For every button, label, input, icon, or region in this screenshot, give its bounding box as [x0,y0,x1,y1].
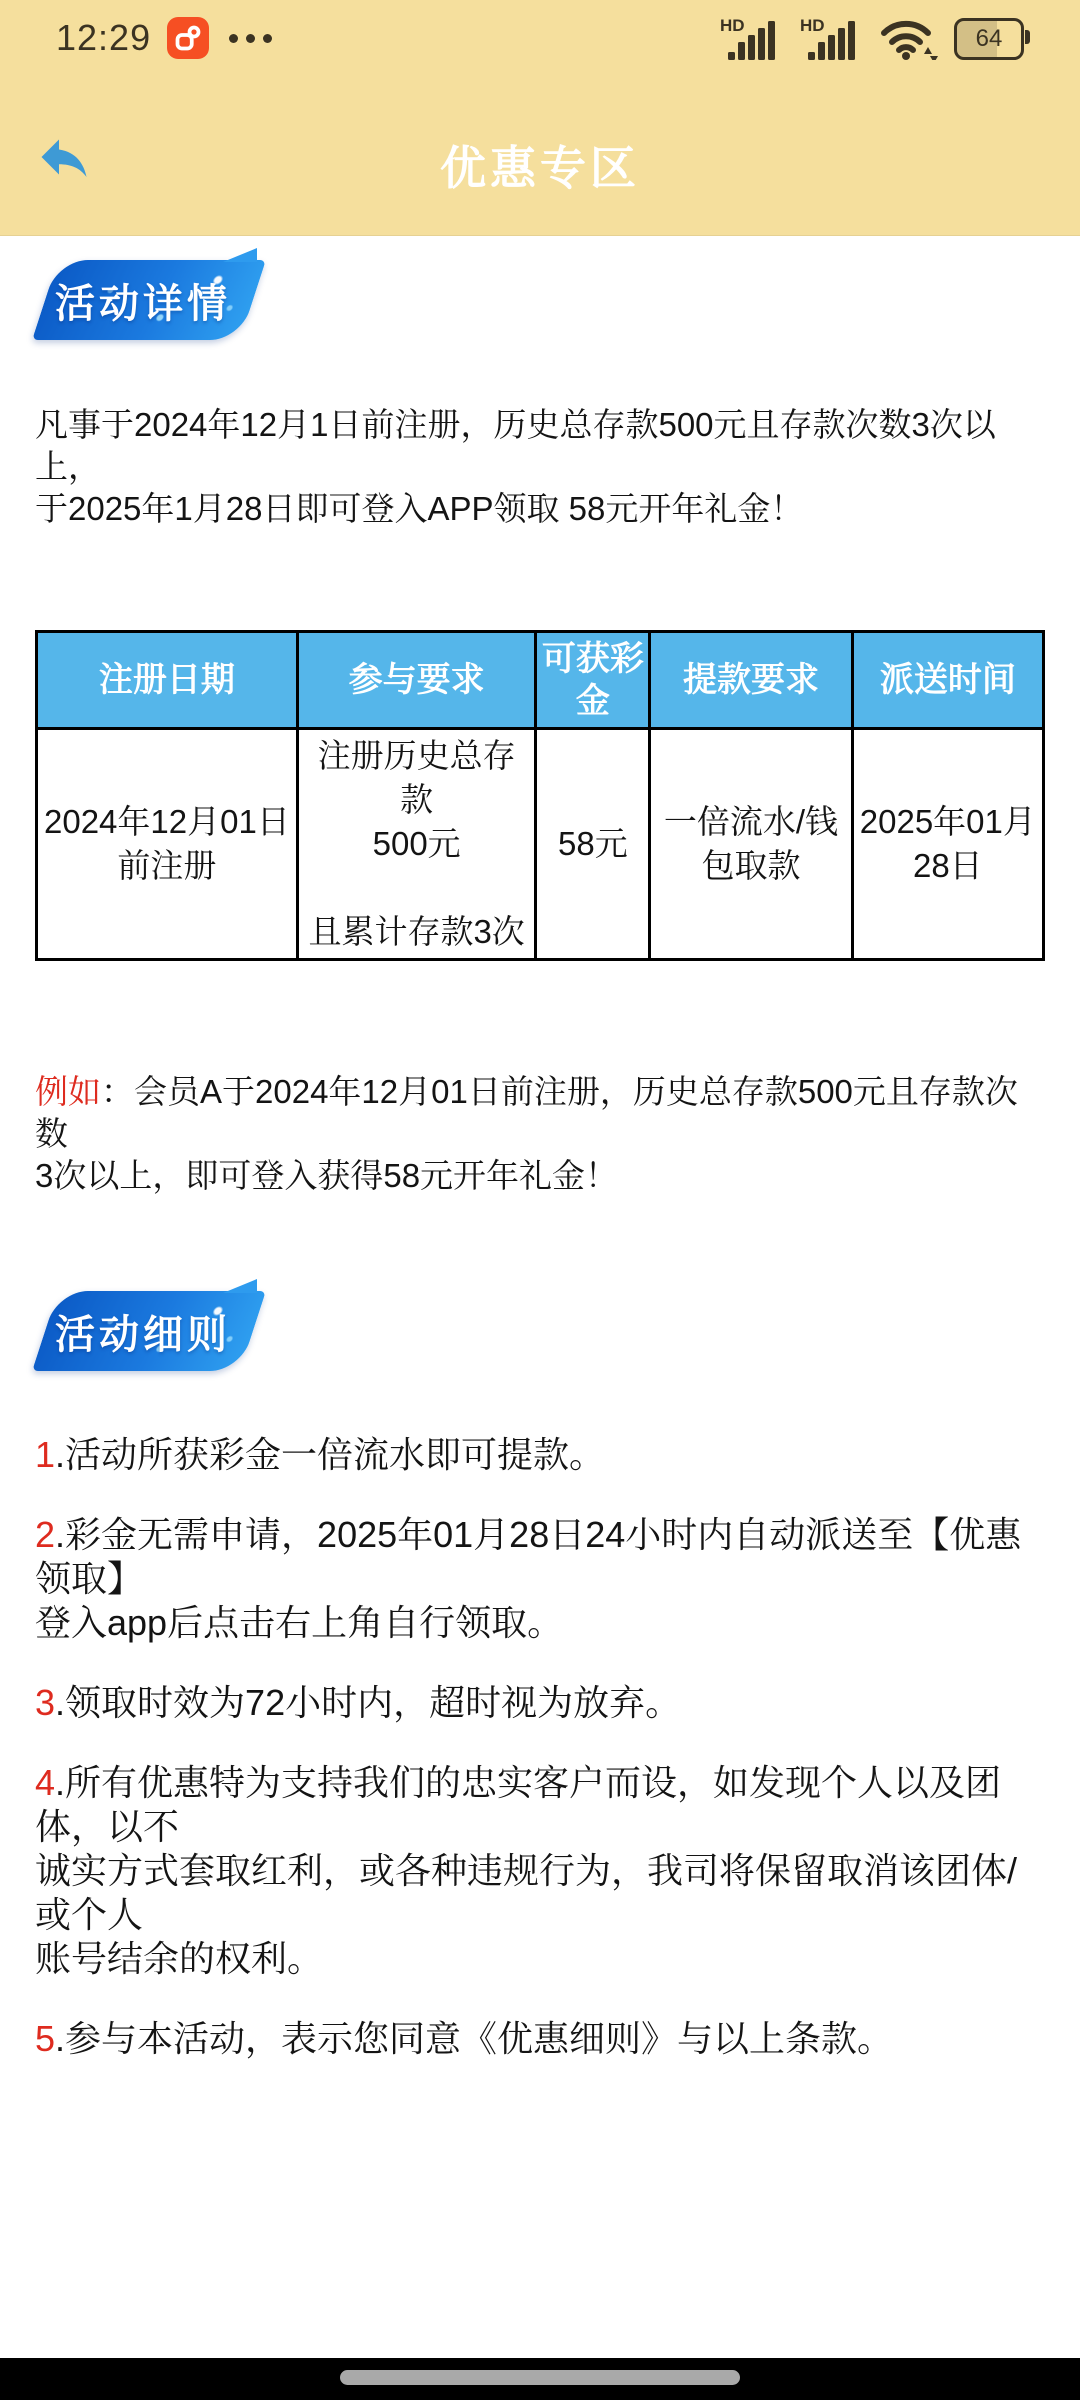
cell-delivery-time: 2025年01月 28日 [852,729,1043,960]
cell-withdrawal: 一倍流水/钱 包取款 [650,729,852,960]
rule-text: 领取时效为72小时内，超时视为放弃。 [65,1682,681,1723]
status-bar-left: 12:29 [56,17,272,59]
kuaishou-notification-icon [167,17,209,59]
rule-separator: . [55,2018,65,2059]
sim2-signal-icon: HD [800,16,866,60]
header-cell-delivery-time: 派送时间 [852,632,1043,729]
nav-bar: 优惠专区 [0,118,1080,198]
rule-item-1: 1.活动所获彩金一倍流水即可提款。 [35,1433,1045,1477]
battery-icon: 64 [954,18,1024,60]
sim1-signal-icon: HD [720,16,786,60]
section-badge-details: 活动详情 [31,260,255,340]
rule-separator: . [55,1762,65,1803]
rule-number: 2 [35,1514,55,1555]
rule-separator: . [55,1682,65,1723]
example-prefix: 例如 [35,1073,101,1110]
clock-text: 12:29 [56,17,151,59]
rule-text: 活动所获彩金一倍流水即可提款。 [65,1434,605,1475]
rule-number: 5 [35,2018,55,2059]
header-cell-register-date: 注册日期 [37,632,298,729]
rule-separator: . [55,1434,65,1475]
rule-text: 参与本活动，表示您同意《优惠细则》与以上条款。 [65,2018,893,2059]
svg-text:HD: HD [800,16,825,35]
cell-register-date: 2024年12月01日 前注册 [37,729,298,960]
section-badge-details-label: 活动详情 [31,260,255,340]
app-header: 12:29 HD [0,0,1080,236]
video-camera-icon [173,23,203,53]
screen: 12:29 HD [0,0,1080,2400]
content-area: 活动详情 凡事于2024年12月1日前注册，历史总存款500元且存款次数3次以上… [0,260,1080,2061]
svg-text:HD: HD [720,16,745,35]
cell-bonus: 58元 [536,729,650,960]
intro-paragraph: 凡事于2024年12月1日前注册，历史总存款500元且存款次数3次以上， 于20… [35,404,1045,530]
example-paragraph: 例如：会员A于2024年12月01日前注册，历史总存款500元且存款次数 3次以… [35,1071,1045,1197]
rule-text: 所有优惠特为支持我们的忠实客户而设，如发现个人以及团体，以不 诚实方式套取红利，… [35,1762,1017,1979]
wifi-icon [880,16,940,60]
header-cell-requirement: 参与要求 [297,632,536,729]
status-bar-right: HD HD [720,16,1024,60]
rule-number: 3 [35,1682,55,1723]
header-cell-bonus: 可获彩金 [536,632,650,729]
gesture-handle[interactable] [340,2370,740,2385]
system-nav-bar [0,2358,1080,2400]
table-row: 2024年12月01日 前注册 注册历史总存款 500元 且累计存款3次 58元… [37,729,1044,960]
promo-table-wrap: 注册日期 参与要求 可获彩金 提款要求 派送时间 2024年12月01日 前注册… [35,630,1045,961]
more-notifications-icon [229,34,272,43]
promo-table: 注册日期 参与要求 可获彩金 提款要求 派送时间 2024年12月01日 前注册… [35,630,1045,961]
rules-list: 1.活动所获彩金一倍流水即可提款。 2.彩金无需申请，2025年01月28日24… [35,1433,1045,2061]
rule-separator: . [55,1514,65,1555]
rule-number: 4 [35,1762,55,1803]
rule-number: 1 [35,1434,55,1475]
rule-item-5: 5.参与本活动，表示您同意《优惠细则》与以上条款。 [35,2017,1045,2061]
rule-item-3: 3.领取时效为72小时内，超时视为放弃。 [35,1681,1045,1725]
rule-item-4: 4.所有优惠特为支持我们的忠实客户而设，如发现个人以及团体，以不 诚实方式套取红… [35,1761,1045,1981]
rule-item-2: 2.彩金无需申请，2025年01月28日24小时内自动派送至【优惠领取】 登入a… [35,1513,1045,1645]
example-text: ：会员A于2024年12月01日前注册，历史总存款500元且存款次数 3次以上，… [35,1073,1018,1194]
cell-requirement: 注册历史总存款 500元 且累计存款3次 [297,729,536,960]
status-bar: 12:29 HD [0,10,1080,66]
header-cell-withdrawal: 提款要求 [650,632,852,729]
section-badge-rules: 活动细则 [31,1291,255,1371]
page-title: 优惠专区 [0,132,1080,198]
section-badge-rules-label: 活动细则 [31,1291,255,1371]
battery-percent: 64 [976,25,1003,53]
table-header-row: 注册日期 参与要求 可获彩金 提款要求 派送时间 [37,632,1044,729]
rule-text: 彩金无需申请，2025年01月28日24小时内自动派送至【优惠领取】 登入app… [35,1514,1021,1643]
